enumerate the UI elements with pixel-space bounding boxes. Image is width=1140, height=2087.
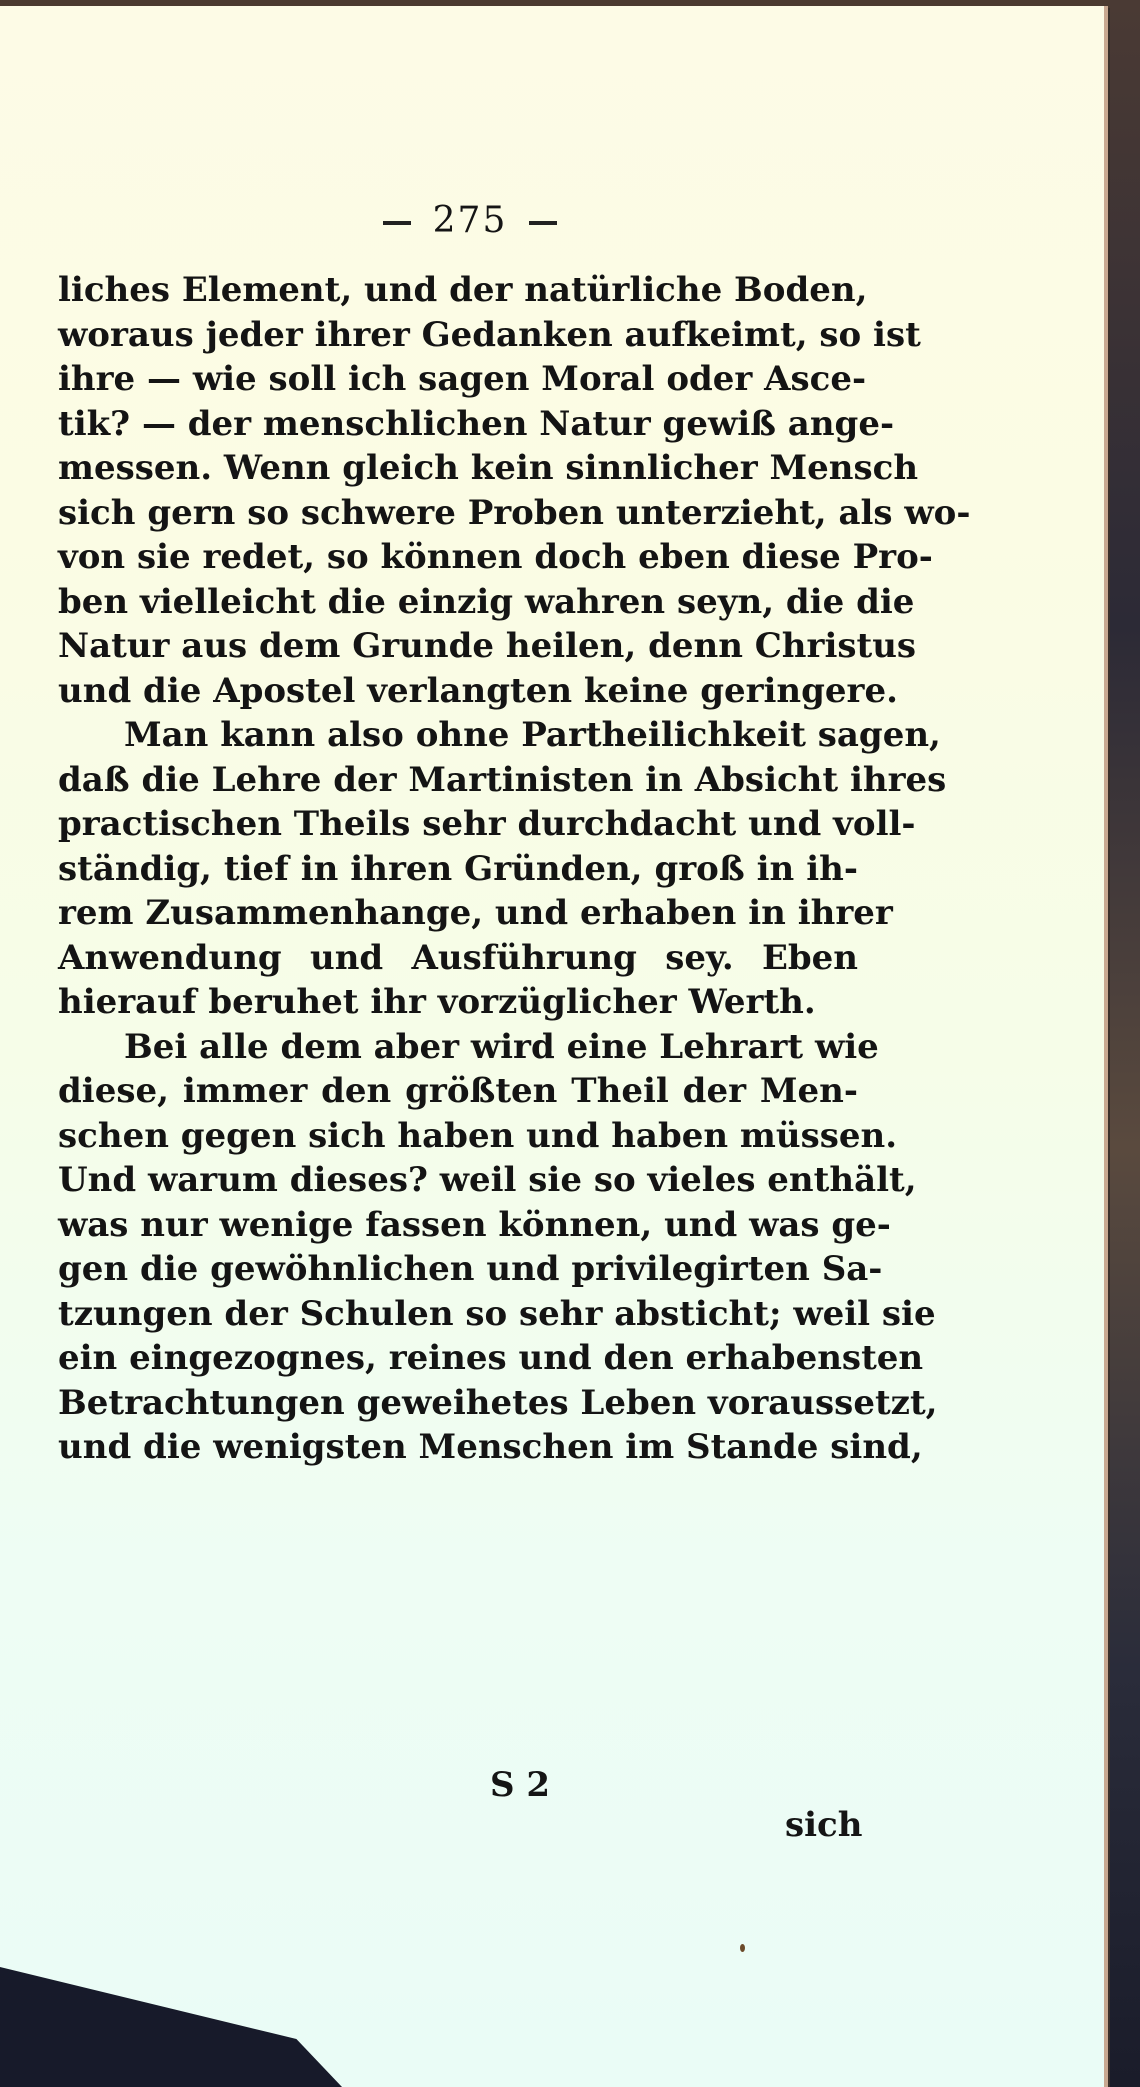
text-line: messen. Wenn gleich kein sinnlicher Mens… bbox=[58, 446, 858, 491]
paper-speck bbox=[740, 1944, 745, 1952]
running-header: 275 bbox=[330, 200, 610, 241]
text-line: Und warum dieses? weil sie so vieles ent… bbox=[58, 1158, 858, 1203]
text-line: woraus jeder ihrer Gedanken aufkeimt, so… bbox=[58, 313, 858, 358]
text-line: von sie redet, so können doch eben diese… bbox=[58, 535, 858, 580]
text-line: ben vielleicht die einzig wahren seyn, d… bbox=[58, 580, 858, 625]
paragraph-end-line: und die Apostel verlangten keine geringe… bbox=[58, 669, 858, 714]
body-text: liches Element, und der natürliche Boden… bbox=[58, 268, 858, 1470]
page-number: 275 bbox=[433, 200, 508, 241]
paragraph-start-line: Man kann also ohne Partheilichkeit sagen… bbox=[58, 713, 858, 758]
text-line: ihre — wie soll ich sagen Moral oder Asc… bbox=[58, 357, 858, 402]
header-ornament-right bbox=[529, 221, 557, 225]
signature-mark: S 2 bbox=[490, 1765, 550, 1805]
text-line: daß die Lehre der Martinisten in Absicht… bbox=[58, 758, 858, 803]
text-line: Anwendung und Ausführung sey. Eben bbox=[58, 936, 858, 981]
text-line: tik? — der menschlichen Natur gewiß ange… bbox=[58, 402, 858, 447]
text-line: diese, immer den größten Theil der Men- bbox=[58, 1069, 858, 1114]
paragraph-start-line: Bei alle dem aber wird eine Lehrart wie bbox=[58, 1025, 858, 1070]
text-line: liches Element, und der natürliche Boden… bbox=[58, 268, 858, 313]
text-line: ein eingezognes, reines und den erhabens… bbox=[58, 1336, 858, 1381]
text-line: ständig, tief in ihren Gründen, groß in … bbox=[58, 847, 858, 892]
paragraph-end-line: hierauf beruhet ihr vorzüglicher Werth. bbox=[58, 980, 858, 1025]
text-line: und die wenigsten Menschen im Stande sin… bbox=[58, 1425, 858, 1470]
text-line: gen die gewöhnlichen und privilegirten S… bbox=[58, 1247, 858, 1292]
text-line: Betrachtungen geweihetes Leben vorausset… bbox=[58, 1381, 858, 1426]
header-ornament-left bbox=[383, 221, 411, 225]
text-line: Natur aus dem Grunde heilen, denn Christ… bbox=[58, 624, 858, 669]
text-line: practischen Theils sehr durchdacht und v… bbox=[58, 802, 858, 847]
text-line: tzungen der Schulen so sehr absticht; we… bbox=[58, 1292, 858, 1337]
catchword: sich bbox=[785, 1805, 862, 1845]
text-line: schen gegen sich haben und haben müssen. bbox=[58, 1114, 858, 1159]
text-line: sich gern so schwere Proben unterzieht, … bbox=[58, 491, 858, 536]
book-cover-edge-right bbox=[1110, 0, 1140, 2087]
text-line: was nur wenige fassen können, und was ge… bbox=[58, 1203, 858, 1248]
text-line: rem Zusammenhange, und erhaben in ihrer bbox=[58, 891, 858, 936]
